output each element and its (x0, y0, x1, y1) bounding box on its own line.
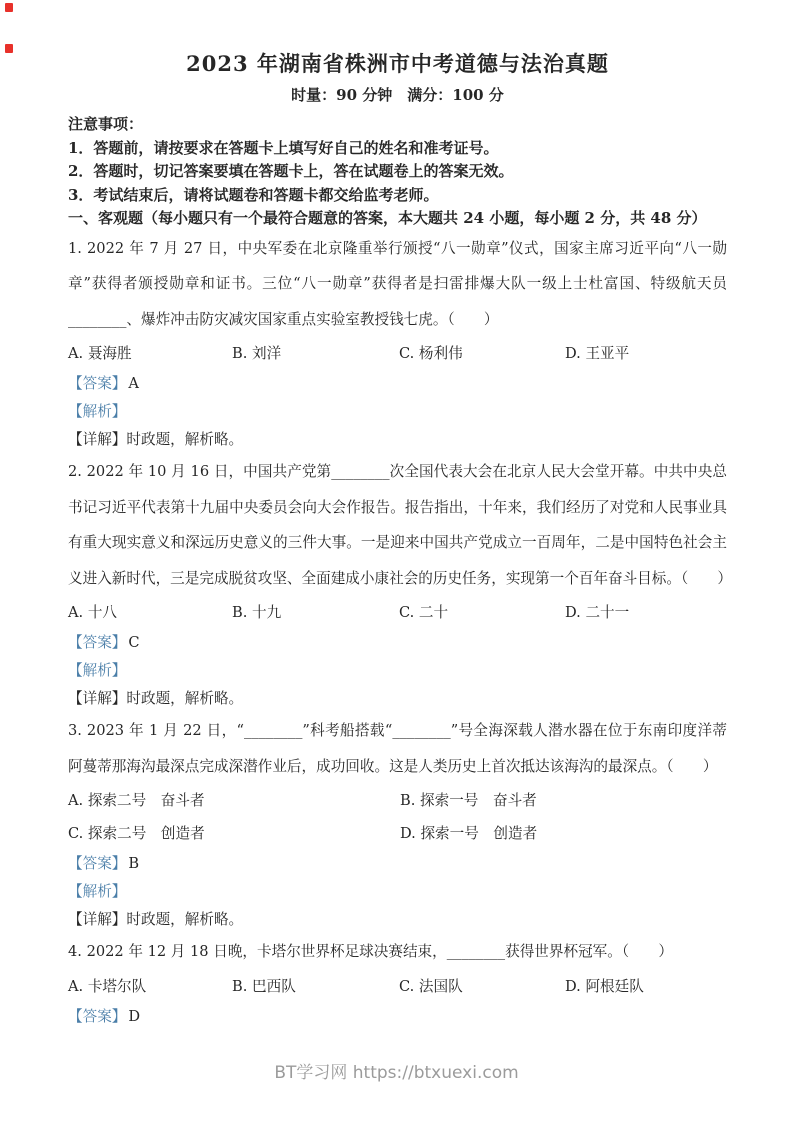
option-c: C. 法国队 (399, 970, 565, 1003)
analysis-row: 【解析】 (68, 657, 727, 685)
question-text: 1. 2022 年 7 月 27 日，中央军委在北京隆重举行颁授“八一勋章”仪式… (68, 231, 727, 338)
notice-item-2: 2．答题时，切记答案要填在答题卡上，答在试题卷上的答案无效。 (68, 160, 727, 184)
question-text: 4. 2022 年 12 月 18 日晚，卡塔尔世界杯足球决赛结束，______… (68, 934, 727, 970)
answer-value: A (128, 375, 139, 392)
options-row: A. 十八 B. 十九 C. 二十 D. 二十一 (68, 596, 727, 629)
exam-meta: 时量：90 分钟 满分：100 分 (68, 85, 727, 105)
answer-label: 【答案】 (68, 1008, 126, 1025)
exam-paper-page: 2023 年湖南省株洲市中考道德与法治真题 时量：90 分钟 满分：100 分 … (0, 0, 793, 1122)
option-b: B. 十九 (232, 596, 399, 629)
analysis-row: 【解析】 (68, 878, 727, 906)
question-text: 3. 2023 年 1 月 22 日，“________”科考船搭载“_____… (68, 713, 727, 784)
option-c: C. 探索二号 创造者 (68, 817, 400, 850)
answer-row: 【答案】B (68, 850, 727, 878)
option-a: A. 探索二号 奋斗者 (68, 784, 400, 817)
question-block-2: 2. 2022 年 10 月 16 日，中国共产党第________次全国代表大… (68, 454, 727, 713)
option-b: B. 刘洋 (232, 337, 399, 370)
question-text: 2. 2022 年 10 月 16 日，中国共产党第________次全国代表大… (68, 454, 727, 596)
answer-label: 【答案】 (68, 375, 126, 392)
option-b: B. 巴西队 (232, 970, 399, 1003)
answer-row: 【答案】A (68, 370, 727, 398)
notice-heading: 注意事项： (68, 113, 727, 137)
question-block-3: 3. 2023 年 1 月 22 日，“________”科考船搭载“_____… (68, 713, 727, 934)
notice-item-3: 3．考试结束后，请将试题卷和答题卡都交给监考老师。 (68, 184, 727, 208)
analysis-label: 【解析】 (68, 883, 126, 900)
answer-value: C (128, 634, 139, 651)
red-annotation-mark (5, 3, 13, 12)
detail-label: 【详解】 (68, 690, 126, 707)
detail-row: 【详解】时政题，解析略。 (68, 685, 727, 713)
options-row: A. 聂海胜 B. 刘洋 C. 杨利伟 D. 王亚平 (68, 337, 727, 370)
analysis-label: 【解析】 (68, 662, 126, 679)
analysis-row: 【解析】 (68, 398, 727, 426)
answer-row: 【答案】C (68, 629, 727, 657)
document-content: 2023 年湖南省株洲市中考道德与法治真题 时量：90 分钟 满分：100 分 … (0, 0, 793, 1031)
option-a: A. 卡塔尔队 (68, 970, 232, 1003)
option-a: A. 十八 (68, 596, 232, 629)
page-title: 2023 年湖南省株洲市中考道德与法治真题 (68, 50, 727, 77)
answer-value: B (128, 855, 139, 872)
option-d: D. 阿根廷队 (565, 970, 727, 1003)
section-heading: 一、客观题（每小题只有一个最符合题意的答案，本大题共 24 小题，每小题 2 分… (68, 207, 727, 231)
red-annotation-mark (5, 44, 13, 53)
option-b: B. 探索一号 奋斗者 (400, 784, 727, 817)
question-block-4: 4. 2022 年 12 月 18 日晚，卡塔尔世界杯足球决赛结束，______… (68, 934, 727, 1031)
option-a: A. 聂海胜 (68, 337, 232, 370)
option-d: D. 王亚平 (565, 337, 727, 370)
option-c: C. 杨利伟 (399, 337, 565, 370)
detail-row: 【详解】时政题，解析略。 (68, 906, 727, 934)
question-block-1: 1. 2022 年 7 月 27 日，中央军委在北京隆重举行颁授“八一勋章”仪式… (68, 231, 727, 455)
analysis-label: 【解析】 (68, 403, 126, 420)
detail-text: 时政题，解析略。 (126, 911, 243, 928)
option-d: D. 二十一 (565, 596, 727, 629)
answer-row: 【答案】D (68, 1003, 727, 1031)
answer-label: 【答案】 (68, 634, 126, 651)
notice-item-1: 1．答题前，请按要求在答题卡上填写好自己的姓名和准考证号。 (68, 137, 727, 161)
answer-value: D (128, 1008, 140, 1025)
detail-text: 时政题，解析略。 (126, 690, 243, 707)
options-grid: A. 探索二号 奋斗者 B. 探索一号 奋斗者 C. 探索二号 创造者 D. 探… (68, 784, 727, 850)
option-c: C. 二十 (399, 596, 565, 629)
option-d: D. 探索一号 创造者 (400, 817, 727, 850)
options-row: A. 卡塔尔队 B. 巴西队 C. 法国队 D. 阿根廷队 (68, 970, 727, 1003)
answer-label: 【答案】 (68, 855, 126, 872)
detail-label: 【详解】 (68, 911, 126, 928)
detail-text: 时政题，解析略。 (126, 431, 243, 448)
site-watermark: BT学习网 https://btxuexi.com (0, 1062, 793, 1084)
detail-label: 【详解】 (68, 431, 126, 448)
detail-row: 【详解】时政题，解析略。 (68, 426, 727, 454)
